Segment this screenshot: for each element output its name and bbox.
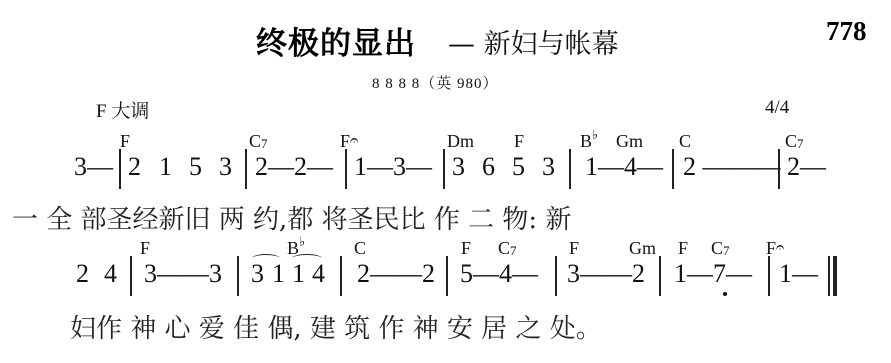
- note: 4: [312, 259, 325, 289]
- note: 3: [219, 152, 232, 182]
- note: 1: [272, 259, 285, 289]
- note: 6: [482, 152, 495, 182]
- note: 5: [189, 152, 202, 182]
- note: 1—7—: [674, 259, 752, 289]
- barline: [443, 149, 445, 189]
- barline: [659, 256, 661, 296]
- barline: [237, 256, 239, 296]
- hymn-subtitle: — 新妇与帐幕: [448, 22, 619, 61]
- chord-symbol: F: [461, 238, 471, 259]
- note: 3: [452, 152, 465, 182]
- barline: [119, 149, 121, 189]
- note: 2——2: [357, 259, 435, 289]
- chord-symbol: F: [120, 131, 130, 152]
- time-signature: 4/4: [765, 97, 789, 119]
- note: 2—: [787, 152, 826, 182]
- key-signature: F 大调: [96, 96, 149, 123]
- note: 3: [542, 152, 555, 182]
- note: 3——2: [567, 259, 645, 289]
- note: 1—4—: [585, 152, 663, 182]
- barline: [555, 256, 557, 296]
- note: 2: [128, 152, 141, 182]
- chord-symbol: Gm: [616, 131, 643, 152]
- barline: [672, 149, 674, 189]
- final-barline-thick: [833, 256, 837, 296]
- tie-slur: [292, 254, 322, 263]
- chord-symbol: B♭: [580, 131, 598, 152]
- chord-symbol: C7: [785, 131, 804, 152]
- lower-octave-dot: [723, 292, 727, 296]
- barline: [768, 256, 770, 296]
- chord-symbol: F: [514, 131, 524, 152]
- tie-slur: [252, 254, 280, 263]
- note: 2 ———: [683, 152, 781, 182]
- note: 1: [159, 152, 172, 182]
- lyrics-line-2: 妇作 神 心 爱 佳 偶, 建 筑 作 神 安 居 之 处。: [70, 308, 602, 345]
- chord-symbol: Gm: [629, 238, 656, 259]
- meter-label: 8 8 8 8（英 980）: [372, 72, 499, 93]
- chord-symbol: F: [140, 238, 150, 259]
- fermata-icon: 𝄐: [776, 238, 784, 256]
- barline: [130, 256, 132, 296]
- barline: [569, 149, 571, 189]
- note: 3——3: [144, 259, 222, 289]
- flat-icon: ♭: [299, 234, 305, 249]
- barline: [345, 149, 347, 189]
- note: 2: [76, 259, 89, 289]
- note: 2—2—: [255, 152, 333, 182]
- note: 5: [512, 152, 525, 182]
- note: 1: [292, 259, 305, 289]
- note: 1—: [779, 259, 818, 289]
- note: 1—3—: [354, 152, 432, 182]
- chord-symbol: F: [678, 238, 688, 259]
- final-barline-thin: [828, 256, 830, 296]
- chord-symbol: Dm: [447, 131, 474, 152]
- chord-symbol: F: [569, 238, 579, 259]
- lyrics-line-1: 一 全 部圣经新旧 两 约,都 将圣民比 作 二 物: 新: [12, 199, 571, 236]
- flat-icon: ♭: [592, 127, 598, 142]
- chord-symbol: F𝄐: [340, 131, 358, 152]
- note: 3—: [74, 152, 113, 182]
- fermata-icon: 𝄐: [350, 131, 358, 149]
- chord-symbol: C: [354, 238, 366, 259]
- barline: [245, 149, 247, 189]
- note: 5—4—: [460, 259, 538, 289]
- barline: [340, 256, 342, 296]
- hymn-title: 终极的显出: [256, 18, 416, 63]
- chord-symbol: C: [679, 131, 691, 152]
- chord-symbol: C7: [711, 238, 730, 259]
- chord-symbol: C7: [249, 131, 268, 152]
- hymn-number: 778: [826, 16, 867, 47]
- note: 3: [251, 259, 264, 289]
- barline: [778, 149, 780, 189]
- barline: [446, 256, 448, 296]
- chord-symbol: C7: [498, 238, 517, 259]
- note: 4: [104, 259, 117, 289]
